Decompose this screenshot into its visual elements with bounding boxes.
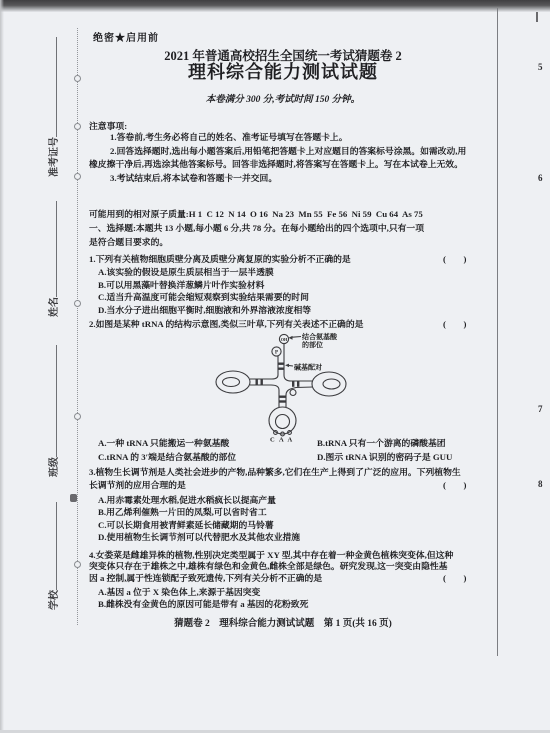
right-margin-number: 7 xyxy=(538,404,543,414)
field-name-label: 姓名 xyxy=(49,297,60,317)
anticodon-loop xyxy=(269,407,296,434)
q3-option-b: B.用乙烯利催熟一片田的凤梨,可以省时省工 xyxy=(98,507,267,518)
binding-ring xyxy=(74,173,81,180)
security-notice: 绝密★启用前 xyxy=(93,33,159,44)
right-margin-number: 6 xyxy=(538,173,543,183)
page-footer: 猜题卷 2 理科综合能力测试试题 第 1 页(共 16 页) xyxy=(88,619,478,630)
scan-left-edge xyxy=(0,0,4,733)
field-school-label: 学校 xyxy=(49,590,60,610)
q1-stem: 1.下列有关植物细胞质壁分离及质壁分离复原的实验分析不正确的是 xyxy=(89,254,351,265)
binding-dotted-line xyxy=(77,28,78,625)
q2-answer-bracket: ( ) xyxy=(443,319,466,330)
notice-item-2-line2: 橡皮擦干净后,再选涂其他答案标号。回答非选择题时,将答案写在答题卡上。写在本试卷… xyxy=(89,159,463,170)
binding-ring xyxy=(74,561,81,568)
q1-option-c: C.适当升高温度可能会缩短观察到实验结果需要的时间 xyxy=(98,292,309,303)
q4-stem-line2: 突变体只存在于雄株之中,雄株有绿色和金黄色,雌株全部是绿色。研究发现,这一突变由… xyxy=(89,561,447,572)
q2-option-d: D.图示 tRNA 识别的密码子是 GUU xyxy=(317,452,452,463)
q3-stem-line2: 长调节剂的应用合理的是 xyxy=(89,480,186,491)
scan-top-edge xyxy=(0,0,550,12)
scan-speck xyxy=(536,12,538,22)
field-exam-number: 准考证号 xyxy=(47,37,59,177)
q3-option-a: A.用赤霉素处理水稻,促进水稻疯长以提高产量 xyxy=(98,495,276,506)
notice-heading: 注意事项: xyxy=(89,121,127,132)
binding-ring xyxy=(74,413,81,420)
page-right-rule xyxy=(497,8,498,656)
notice-item-2-line1: 2.回答选择题时,选出每小题答案后,用铅笔把答题卡上对应题目的答案标号涂黑。如需… xyxy=(110,146,466,157)
notice-item-3: 3.考试结束后,将本试卷和答题卡一并交回。 xyxy=(110,173,277,184)
trna-outline xyxy=(216,334,346,436)
q4-stem-line3: 因 a 控制,属于性连锁配子致死遗传,下列有关分析不正确的是 xyxy=(89,573,322,584)
q4-option-b: B.雌株没有金黄色的原因可能是带有 a 基因的花粉致死 xyxy=(98,599,308,610)
oh-label: OH xyxy=(281,337,288,342)
notice-item-1: 1.答卷前,考生务必将自己的姓名、准考证号填写在答题卡上。 xyxy=(110,132,348,143)
scanned-exam-page: 准考证号 姓名 班级 学校 5 6 7 8 绝密★启用前 2021 年普通高校招… xyxy=(0,0,550,733)
q2-option-b: B.tRNA 只有一个游离的磷酸基团 xyxy=(317,438,446,449)
trna-diagram: OH P 结合氨基酸 的部位 碱基配对 C A A xyxy=(197,331,397,446)
field-exam-number-blank xyxy=(47,37,57,137)
field-class: 班级 xyxy=(47,345,59,477)
field-school-blank xyxy=(47,502,57,590)
arrow-to-stem xyxy=(285,364,289,368)
q1-option-a: A.该实验的假设是原生质层相当于一层半透膜 xyxy=(98,267,274,278)
section-heading-line2: 是符合题目要求的。 xyxy=(89,237,168,248)
q1-answer-bracket: ( ) xyxy=(443,254,466,265)
q3-option-c: C.可以长期食用被青鲜素延长储藏期的马铃薯 xyxy=(98,520,274,531)
field-exam-number-label: 准考证号 xyxy=(49,137,60,177)
exam-title-line2: 理科综合能力测试试题 xyxy=(88,67,478,78)
variable-loop xyxy=(290,390,296,396)
field-school: 学校 xyxy=(47,502,59,610)
ink-smudge xyxy=(70,494,77,502)
anticodon-letters: C A A xyxy=(270,437,294,444)
left-loop xyxy=(216,371,250,393)
field-name: 姓名 xyxy=(47,201,59,317)
atomic-mass-line: 可能用到的相对原子质量:H 1 C 12 N 14 O 16 Na 23 Mn … xyxy=(89,209,423,220)
q2-stem: 2.如图是某种 tRNA 的结构示意图,类似三叶草,下列有关表述不正确的是 xyxy=(89,319,363,330)
exam-subtitle: 本卷满分 300 分,考试时间 150 分钟。 xyxy=(88,95,478,106)
base-pairing-label: 碱基配对 xyxy=(294,363,322,372)
q1-option-b: B.可以用黑藻叶替换洋葱鳞片叶作实验材料 xyxy=(98,280,264,291)
q4-option-a: A.基因 a 位于 X 染色体上,来源于基因突变 xyxy=(98,587,260,598)
q3-option-d: D.使用植物生长调节剂可以代替肥水及其他农业措施 xyxy=(98,532,300,543)
binding-ring xyxy=(74,300,81,307)
field-class-label: 班级 xyxy=(49,457,60,477)
exam-title-line1: 2021 年普通高校招生全国统一考试猜题卷 2 xyxy=(88,51,478,62)
right-margin-number: 5 xyxy=(538,62,543,72)
q2-option-c: C.tRNA 的 3′端是结合氨基酸的部位 xyxy=(98,452,236,463)
q4-answer-bracket: ( ) xyxy=(443,573,466,584)
phosphate-label: P xyxy=(275,351,278,356)
q1-option-d: D.当水分子进出细胞平衡时,细胞液和外界溶液浓度相等 xyxy=(98,305,311,316)
field-class-blank xyxy=(47,345,57,457)
q2-option-a: A.一种 tRNA 只能搬运一种氨基酸 xyxy=(98,438,229,449)
amino-acid-site-label-line1: 结合氨基酸 xyxy=(302,332,338,341)
field-name-blank xyxy=(47,201,57,297)
amino-acid-site-label-line2: 的部位 xyxy=(302,340,323,349)
binding-ring xyxy=(74,75,81,82)
q4-stem-line1: 4.女娄菜是雌雄异株的植物,性别决定类型属于 XY 型,其中存在着一种金黄色植株… xyxy=(89,550,453,561)
section-heading-line1: 一、选择题:本题共 13 小题,每小题 6 分,共 78 分。在每小题给出的四个… xyxy=(89,223,424,234)
binding-ring xyxy=(74,123,81,130)
right-loop xyxy=(312,372,346,396)
q3-answer-bracket: ( ) xyxy=(443,480,466,491)
q3-stem-line1: 3.植物生长调节剂是人类社会进步的产物,品种繁多,它们在生产上得到了广泛的应用。… xyxy=(89,467,461,478)
right-margin-number: 8 xyxy=(538,479,543,489)
